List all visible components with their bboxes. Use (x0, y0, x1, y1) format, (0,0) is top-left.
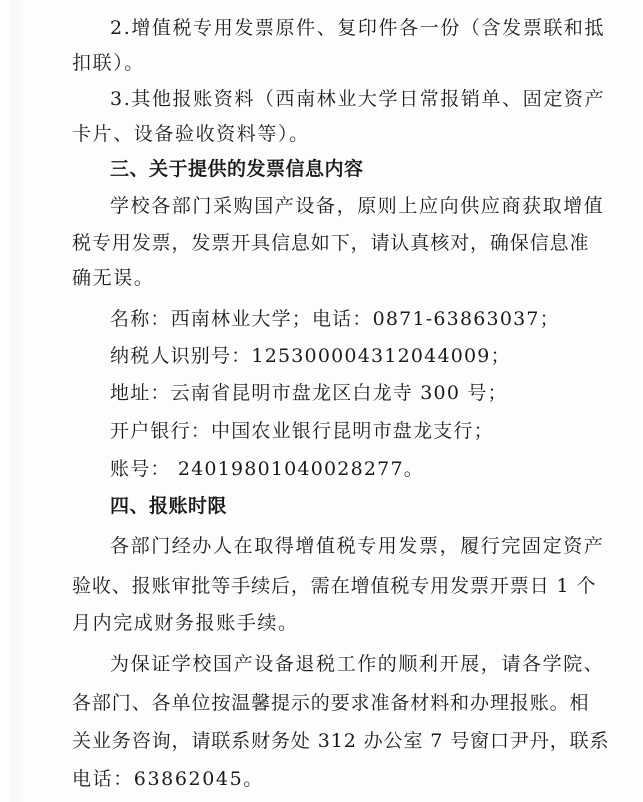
field-account: 账号： 24019801040028277。 (110, 457, 610, 481)
field-address: 地址：云南省昆明市盘龙区白龙寺 300 号； (110, 381, 610, 405)
item3-line1: 3.其他报账资料（西南林业大学日常报销单、固定资产 (110, 87, 610, 111)
field-bank: 开户银行：中国农业银行昆明市盘龙支行； (110, 419, 610, 443)
section4-para1-line1: 各部门经办人在取得增值税专用发票，履行完固定资产 (110, 534, 610, 558)
section4-para2-line3: 关业务咨询，请联系财务处 312 办公室 7 号窗口尹丹，联系 (72, 729, 572, 753)
section4-para1-line2: 验收、报账审批等手续后，需在增值税专用发票开票日 1 个 (72, 574, 572, 598)
section4-para2-line4: 电话：63862045。 (72, 767, 572, 791)
item2-line2: 扣联）。 (72, 51, 572, 75)
document-page: 2.增值税专用发票原件、复印件各一份（含发票联和抵 扣联）。 3.其他报账资料（… (0, 0, 643, 802)
section3-heading: 三、关于提供的发票信息内容 (110, 157, 610, 181)
section4-para2-line1: 为保证学校国产设备退税工作的顺利开展，请各学院、 (110, 652, 610, 676)
section3-para-line2: 税专用发票，发票开具信息如下，请认真核对，确保信息准 (72, 231, 572, 255)
field-name-phone: 名称：西南林业大学；电话：0871-63863037； (110, 307, 610, 331)
field-taxpayer-id: 纳税人识别号：12530000431204400​9； (110, 344, 610, 368)
section3-para-line3: 确无误。 (72, 266, 572, 290)
item2-line1: 2.增值税专用发票原件、复印件各一份（含发票联和抵 (110, 16, 610, 40)
section4-para2-line2: 各部门、各单位按温馨提示的要求准备材料和办理报账。相 (72, 691, 572, 715)
section4-heading: 四、报账时限 (110, 494, 610, 518)
section4-para1-line3: 月内完成财务报账手续。 (72, 611, 572, 635)
item3-line2: 卡片、设备验收资料等）。 (72, 122, 572, 146)
section3-para-line1: 学校各部门采购国产设备，原则上应向供应商获取增值 (110, 194, 610, 218)
